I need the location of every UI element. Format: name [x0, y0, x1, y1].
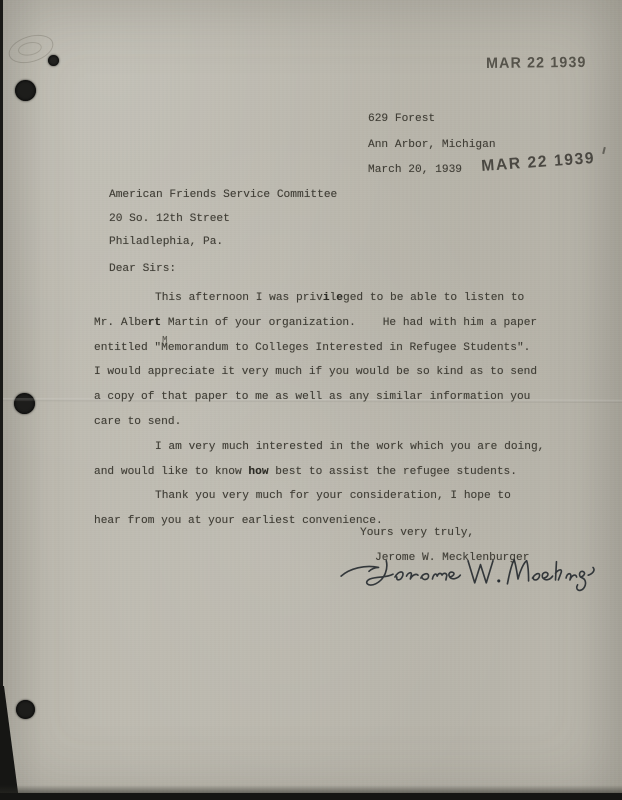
typed-text: Memorandum to Colleges Interested in Ref…: [161, 342, 530, 354]
typed-text: entitled ": [94, 342, 161, 354]
sender-address-block: 629 ForestAnn Arbor, MichiganMarch 20, 1…: [368, 107, 496, 184]
letter-line: 629 Forest: [368, 107, 496, 133]
letter-line: 20 So. 12th Street: [109, 208, 337, 232]
letter-line: care to send.: [94, 410, 564, 435]
letter-line: hear from you at your earliest convenien…: [94, 509, 564, 534]
typed-text: care to send.: [94, 416, 181, 428]
letter-line: I am very much interested in the work wh…: [94, 435, 564, 460]
punch-hole-top: [15, 80, 36, 101]
typed-text: I would appreciate it very much if you w…: [94, 366, 537, 378]
letter-line: and would like to know how best to assis…: [94, 460, 564, 485]
scan-edge-bottom: [0, 793, 622, 800]
letter-body: This afternoon I was privileged to be ab…: [94, 286, 564, 534]
typed-text: ged to be able to listen to: [343, 292, 524, 304]
typed-text: American Friends Service Committee: [109, 189, 337, 201]
received-date-stamp-top: MAR 22 1939: [486, 54, 587, 72]
stamp-stray-mark: [602, 147, 606, 154]
typed-text: Ann Arbor, Michigan: [368, 139, 496, 151]
received-date-stamp-mid: MAR 22 1939: [481, 150, 596, 176]
typed-text: Mr. Albe: [94, 317, 148, 329]
typed-text: best to assist the refugee students.: [269, 466, 517, 478]
typed-text: hear from you at your earliest convenien…: [94, 515, 383, 527]
typed-text: a copy of that paper to me as well as an…: [94, 391, 530, 403]
overstruck-text: e: [336, 292, 343, 304]
typed-text: This afternoon I was priv: [155, 292, 323, 304]
letter-scan: MAR 22 1939 MAR 22 1939 629 ForestAnn Ar…: [0, 0, 622, 800]
overstruck-text: rt: [148, 317, 161, 329]
salutation: Dear Sirs:: [109, 263, 176, 275]
typed-text: March 20, 1939: [368, 164, 462, 176]
letter-line: Philadlephia, Pa.: [109, 231, 337, 255]
typed-text: 20 So. 12th Street: [109, 213, 230, 225]
typed-text: I am very much interested in the work wh…: [155, 441, 544, 453]
letter-line: entitled "MMemorandum to Colleges Intere…: [94, 336, 564, 361]
typed-text: Martin of your organization. He had with…: [161, 317, 537, 329]
letter-line: Thank you very much for your considerati…: [94, 484, 564, 509]
valediction: Yours very truly,: [360, 527, 474, 539]
punch-hole-small: [48, 55, 59, 66]
recipient-address-block: American Friends Service Committee20 So.…: [109, 184, 337, 255]
letter-line: American Friends Service Committee: [109, 184, 337, 208]
letter-line: Mr. Albert Martin of your organization. …: [94, 311, 564, 336]
overstruck-text: i: [323, 292, 330, 304]
typed-text: Thank you very much for your considerati…: [155, 490, 511, 502]
paper-bottom-shadow: [0, 785, 622, 793]
punch-hole-middle: [14, 393, 35, 414]
handwritten-signature: [333, 554, 603, 604]
typed-text: 629 Forest: [368, 113, 435, 125]
typed-text: Philadlephia, Pa.: [109, 236, 223, 248]
typed-text: and would like to know: [94, 466, 248, 478]
letter-line: Ann Arbor, Michigan: [368, 133, 496, 159]
overstruck-text: how: [248, 466, 268, 478]
letter-line: I would appreciate it very much if you w…: [94, 360, 564, 385]
punch-hole-bottom: [16, 700, 35, 719]
scan-edge-left: [0, 0, 3, 800]
letter-line: March 20, 1939: [368, 158, 496, 184]
letter-line: a copy of that paper to me as well as an…: [94, 385, 564, 410]
letter-line: This afternoon I was privileged to be ab…: [94, 286, 564, 311]
